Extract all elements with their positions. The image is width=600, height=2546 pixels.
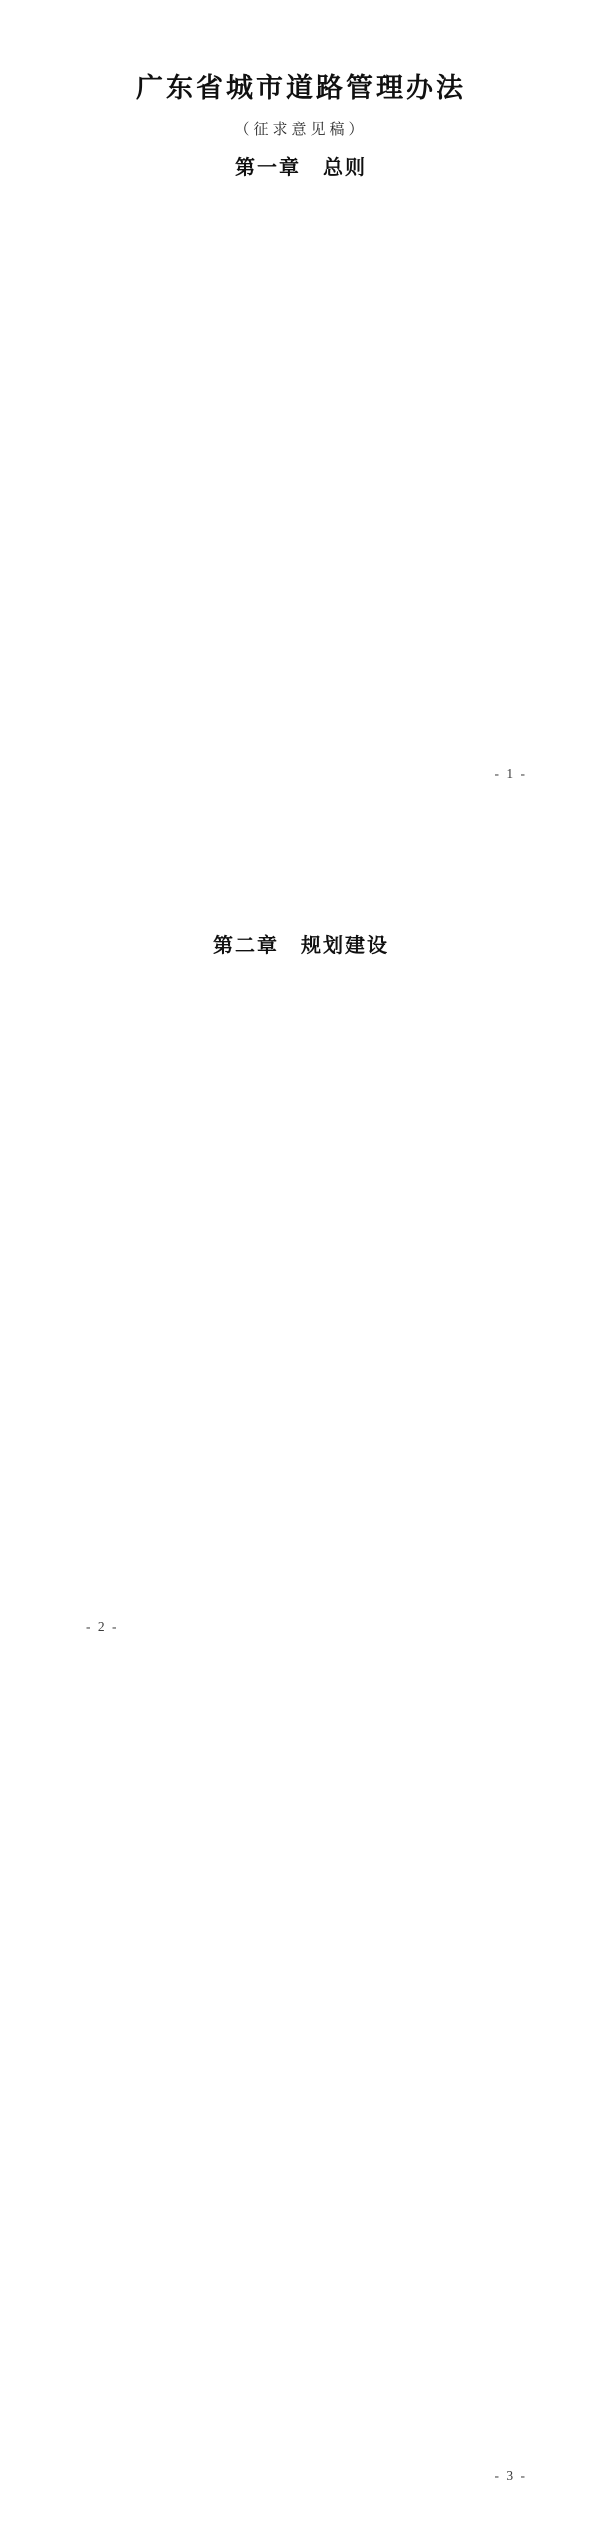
page-number: - 1 -: [495, 766, 528, 782]
chapter-heading: 第二章 规划建设: [47, 932, 555, 960]
document: 广东省城市道路管理办法 （征求意见稿） 第一章 总则 - 1 - 第二章 规划建…: [0, 0, 600, 2546]
page-number: - 3 -: [495, 2468, 528, 2484]
page-2-content: 第二章 规划建设: [47, 932, 555, 960]
document-title: 广东省城市道路管理办法: [47, 70, 555, 106]
page-1: 广东省城市道路管理办法 （征求意见稿） 第一章 总则 - 1 -: [0, 0, 600, 849]
page-3: - 3 -: [0, 1697, 600, 2546]
page-1-content: 第一章 总则: [47, 154, 555, 182]
page-2: 第二章 规划建设 - 2 -: [0, 849, 600, 1697]
chapter-heading: 第一章 总则: [47, 154, 555, 182]
page-number: - 2 -: [86, 1619, 119, 1635]
document-subtitle: （征求意见稿）: [47, 119, 555, 141]
